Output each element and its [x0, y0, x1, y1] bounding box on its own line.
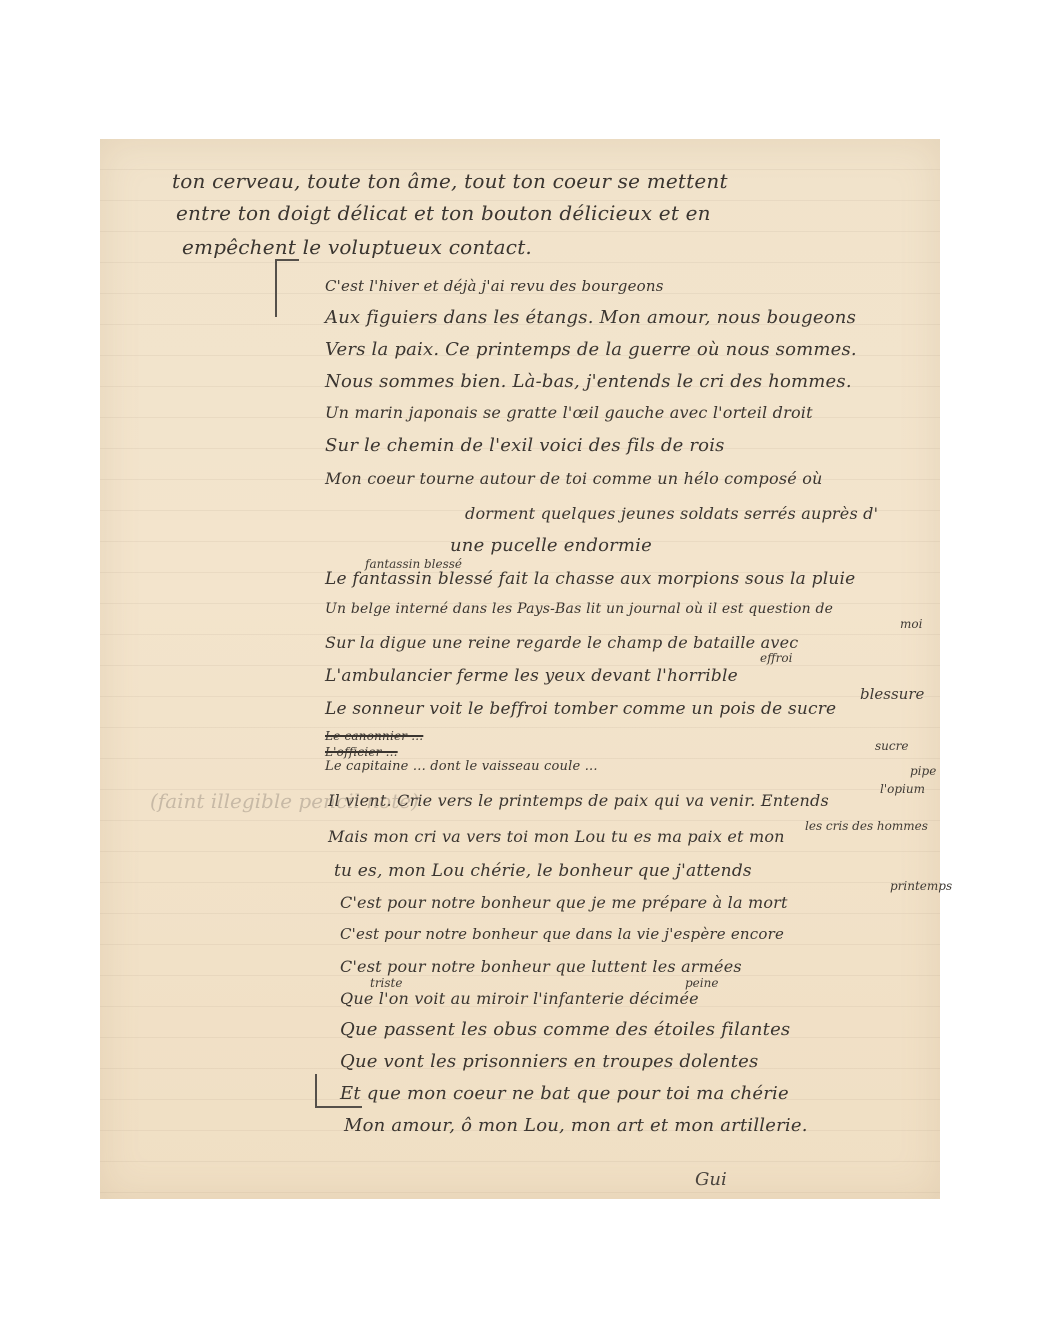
verse-line: Le sonneur voit le beffroi tomber comme …	[325, 699, 836, 719]
verse-line: Mon amour, ô mon Lou, mon art et mon art…	[344, 1115, 808, 1136]
verse-start-bracket	[275, 259, 299, 317]
interlinear-insertion: effroi	[760, 651, 792, 665]
verse-line: Le capitaine ... dont le vaisseau coule …	[325, 759, 598, 774]
interlinear-insertion: triste	[370, 976, 402, 990]
verse-line: Aux figuiers dans les étangs. Mon amour,…	[325, 307, 856, 328]
verse-line: tu es, mon Lou chérie, le bonheur que j'…	[334, 861, 752, 881]
verse-line: Mais mon cri va vers toi mon Lou tu es m…	[328, 827, 785, 846]
verse-line: Un marin japonais se gratte l'œil gauche…	[325, 403, 813, 422]
prose-line: entre ton doigt délicat et ton bouton dé…	[176, 201, 711, 225]
verse-line: Que vont les prisonniers en troupes dole…	[340, 1051, 758, 1072]
prose-line: empêchent le voluptueux contact.	[182, 235, 532, 259]
verse-line: Un belge interné dans les Pays-Bas lit u…	[325, 601, 833, 617]
verse-line: Le fantassin blessé fait la chasse aux m…	[325, 569, 855, 589]
verse-line: Sur le chemin de l'exil voici des fils d…	[325, 435, 725, 456]
verse-line: une pucelle endormie	[450, 535, 652, 556]
interlinear-insertion: moi	[900, 617, 922, 631]
verse-line: Vers la paix. Ce printemps de la guerre …	[325, 339, 857, 360]
verse-line: L'ambulancier ferme les yeux devant l'ho…	[325, 666, 738, 686]
interlinear-insertion: sucre	[875, 739, 908, 753]
verse-line: Que passent les obus comme des étoiles f…	[340, 1019, 790, 1040]
verse-end-bracket	[315, 1074, 362, 1108]
struck-line: L'officier ...	[325, 745, 398, 759]
interlinear-insertion: les cris des hommes	[805, 819, 928, 833]
interlinear-insertion: blessure	[860, 685, 924, 703]
verse-line: Et que mon coeur ne bat que pour toi ma …	[340, 1083, 789, 1104]
interlinear-insertion: l'opium	[880, 782, 925, 796]
verse-line: C'est pour notre bonheur que je me prépa…	[340, 893, 788, 912]
verse-line: Sur la digue une reine regarde le champ …	[325, 633, 798, 652]
verse-line: C'est pour notre bonheur que dans la vie…	[340, 925, 784, 943]
verse-line: C'est l'hiver et déjà j'ai revu des bour…	[325, 277, 664, 295]
signature: Gui	[695, 1169, 727, 1190]
interlinear-insertion: pipe	[910, 764, 936, 778]
verse-line: Nous sommes bien. Là-bas, j'entends le c…	[325, 371, 852, 392]
verse-line: Mon coeur tourne autour de toi comme un …	[325, 469, 823, 488]
verse-line: dorment quelques jeunes soldats serrés a…	[465, 504, 878, 523]
struck-line: Le canonnier ...	[325, 729, 423, 743]
margin-note: (faint illegible pencil note)	[150, 789, 419, 813]
interlinear-insertion: peine	[685, 976, 718, 990]
manuscript-page: ton cerveau, toute ton âme, tout ton coe…	[100, 139, 940, 1199]
prose-line: ton cerveau, toute ton âme, tout ton coe…	[172, 169, 728, 193]
verse-line: C'est pour notre bonheur que luttent les…	[340, 957, 742, 976]
verse-line: Que l'on voit au miroir l'infanterie déc…	[340, 989, 699, 1008]
interlinear-insertion: printemps	[890, 879, 952, 893]
